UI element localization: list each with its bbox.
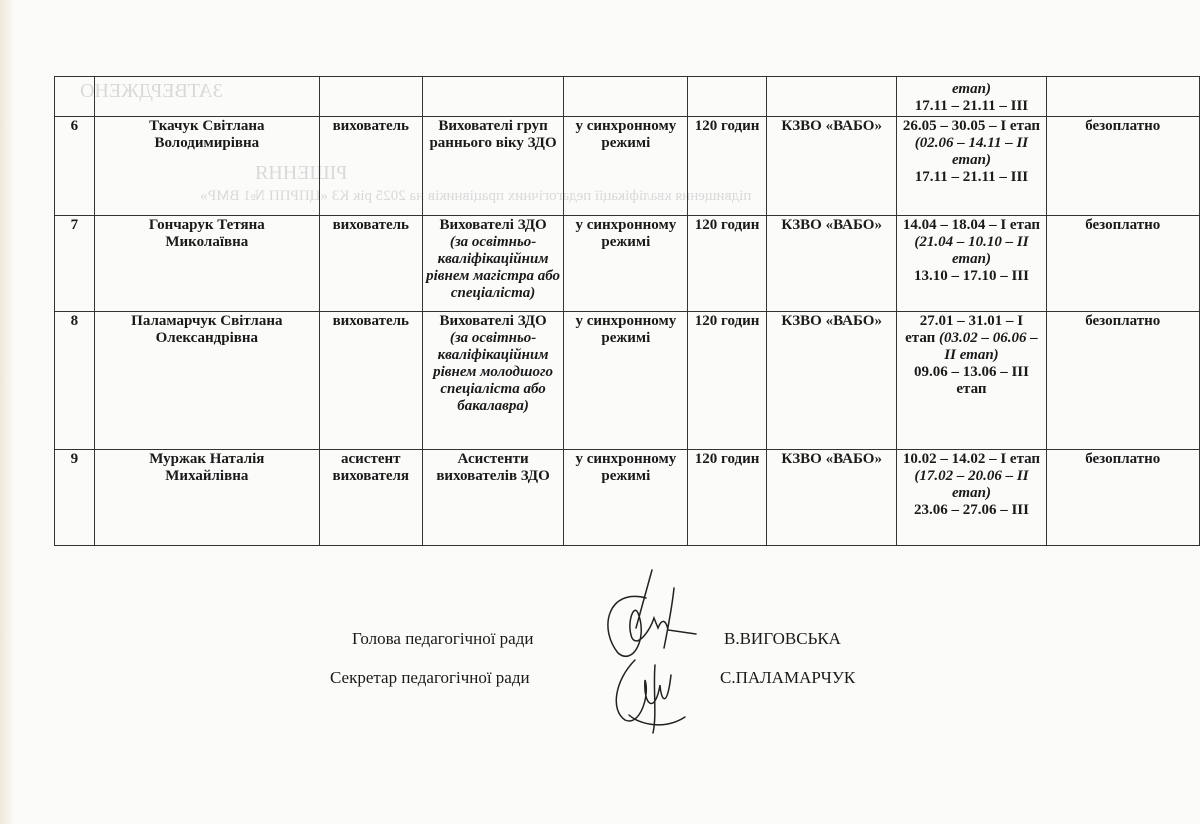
cell-funding: безоплатно (1046, 450, 1199, 546)
stage-2: (21.04 – 10.10 – ІІ етап) (900, 234, 1042, 268)
table-row: 8 Паламарчук Світлана Олександрівна вихо… (55, 312, 1200, 450)
cell-institution: КЗВО «ВАБО» (766, 117, 896, 216)
training-plan-table: етап) 17.11 – 21.11 – ІІІ 6 Ткачук Світл… (54, 76, 1200, 546)
cell-funding (1046, 77, 1199, 117)
cell-form: у синхронному режимі (564, 450, 688, 546)
course-main: Вихователі ЗДО (426, 313, 561, 330)
stage-3: 17.11 – 21.11 – ІІІ (900, 169, 1042, 186)
cell-name: Гончарук Тетяна Миколаївна (94, 216, 319, 312)
cell-course: Вихователі ЗДО (за освітньо-кваліфікацій… (422, 312, 564, 450)
name-line1: Ткачук Світлана (98, 118, 316, 135)
cell-num (55, 77, 95, 117)
stage-1: 27.01 – 31.01 – І (900, 313, 1042, 330)
table-row: 7 Гончарук Тетяна Миколаївна вихователь … (55, 216, 1200, 312)
cell-dates: етап) 17.11 – 21.11 – ІІІ (897, 77, 1046, 117)
course-qualifier: (за освітньо-кваліфікаційним рівнем магі… (426, 234, 561, 302)
cell-dates: 26.05 – 30.05 – І етап (02.06 – 14.11 – … (897, 117, 1046, 216)
cell-hours: 120 годин (688, 450, 767, 546)
cell-num: 6 (55, 117, 95, 216)
stage-3: 23.06 – 27.06 – ІІІ (900, 502, 1042, 519)
cell-name: Паламарчук Світлана Олександрівна (94, 312, 319, 450)
cell-funding: безоплатно (1046, 312, 1199, 450)
table-row-continuation: етап) 17.11 – 21.11 – ІІІ (55, 77, 1200, 117)
table-row: 9 Муржак Наталія Михайлівна асистент вих… (55, 450, 1200, 546)
page-edge-shadow (0, 0, 14, 824)
stage-2: (02.06 – 14.11 – ІІ етап) (900, 135, 1042, 169)
stage-1: 10.02 – 14.02 – І етап (900, 451, 1042, 468)
cell-funding: безоплатно (1046, 216, 1199, 312)
cell-institution (766, 77, 896, 117)
stage-2: (03.02 – 06.06 – ІІ етап) (939, 330, 1038, 363)
course-main: Вихователі ЗДО (426, 217, 561, 234)
cell-num: 8 (55, 312, 95, 450)
stage-1: 26.05 – 30.05 – І етап (900, 118, 1042, 135)
secretary-signature-icon (605, 655, 695, 735)
scanned-document-page: ЗАТВЕРДЖЕНО РІШЕННЯ підвищення кваліфіка… (0, 0, 1200, 824)
cell-num: 9 (55, 450, 95, 546)
chair-signature-icon (588, 568, 698, 668)
cell-form: у синхронному режимі (564, 312, 688, 450)
chair-role-label: Голова педагогічної ради (352, 629, 533, 649)
cell-name: Ткачук Світлана Володимирівна (94, 117, 319, 216)
cell-form (564, 77, 688, 117)
secretary-role-label: Секретар педагогічної ради (330, 668, 530, 688)
cell-hours: 120 годин (688, 216, 767, 312)
cell-position (319, 77, 422, 117)
stage-1: 14.04 – 18.04 – І етап (900, 217, 1042, 234)
cell-course: Вихователі ЗДО (за освітньо-кваліфікацій… (422, 216, 564, 312)
cell-hours: 120 годин (688, 117, 767, 216)
cell-form: у синхронному режимі (564, 117, 688, 216)
cell-course (422, 77, 564, 117)
table-row: 6 Ткачук Світлана Володимирівна виховате… (55, 117, 1200, 216)
name-line2: Михайлівна (98, 468, 316, 485)
cell-dates: 14.04 – 18.04 – І етап (21.04 – 10.10 – … (897, 216, 1046, 312)
stage-1b: етап (905, 330, 935, 346)
cell-position: вихователь (319, 117, 422, 216)
name-line1: Паламарчук Світлана (98, 313, 316, 330)
stage-3: 09.06 – 13.06 – ІІІ етап (900, 364, 1042, 398)
chair-name: В.ВИГОВСЬКА (724, 629, 841, 649)
stage-1-suffix: етап (03.02 – 06.06 – ІІ етап) (900, 330, 1042, 364)
course-qualifier: (за освітньо-кваліфікаційним рівнем моло… (426, 330, 561, 415)
cell-funding: безоплатно (1046, 117, 1199, 216)
stage-2: (17.02 – 20.06 – ІІ етап) (900, 468, 1042, 502)
dates-tail: 17.11 – 21.11 – ІІІ (900, 98, 1042, 115)
cell-position: вихователь (319, 216, 422, 312)
cell-institution: КЗВО «ВАБО» (766, 450, 896, 546)
name-line1: Муржак Наталія (98, 451, 316, 468)
cell-dates: 10.02 – 14.02 – І етап (17.02 – 20.06 – … (897, 450, 1046, 546)
cell-hours: 120 годин (688, 312, 767, 450)
name-line2: Олександрівна (98, 330, 316, 347)
cell-dates: 27.01 – 31.01 – І етап (03.02 – 06.06 – … (897, 312, 1046, 450)
cell-institution: КЗВО «ВАБО» (766, 312, 896, 450)
cell-course: Асистенти вихователів ЗДО (422, 450, 564, 546)
cell-institution: КЗВО «ВАБО» (766, 216, 896, 312)
stage-3: 13.10 – 17.10 – ІІІ (900, 268, 1042, 285)
name-line1: Гончарук Тетяна (98, 217, 316, 234)
secretary-name: С.ПАЛАМАРЧУК (720, 668, 855, 688)
cell-num: 7 (55, 216, 95, 312)
cell-form: у синхронному режимі (564, 216, 688, 312)
cell-hours (688, 77, 767, 117)
dates-tail-italic: етап) (900, 81, 1042, 98)
cell-position: асистент вихователя (319, 450, 422, 546)
name-line2: Миколаївна (98, 234, 316, 251)
cell-course: Вихователі груп раннього віку ЗДО (422, 117, 564, 216)
cell-name (94, 77, 319, 117)
cell-position: вихователь (319, 312, 422, 450)
cell-name: Муржак Наталія Михайлівна (94, 450, 319, 546)
name-line2: Володимирівна (98, 135, 316, 152)
